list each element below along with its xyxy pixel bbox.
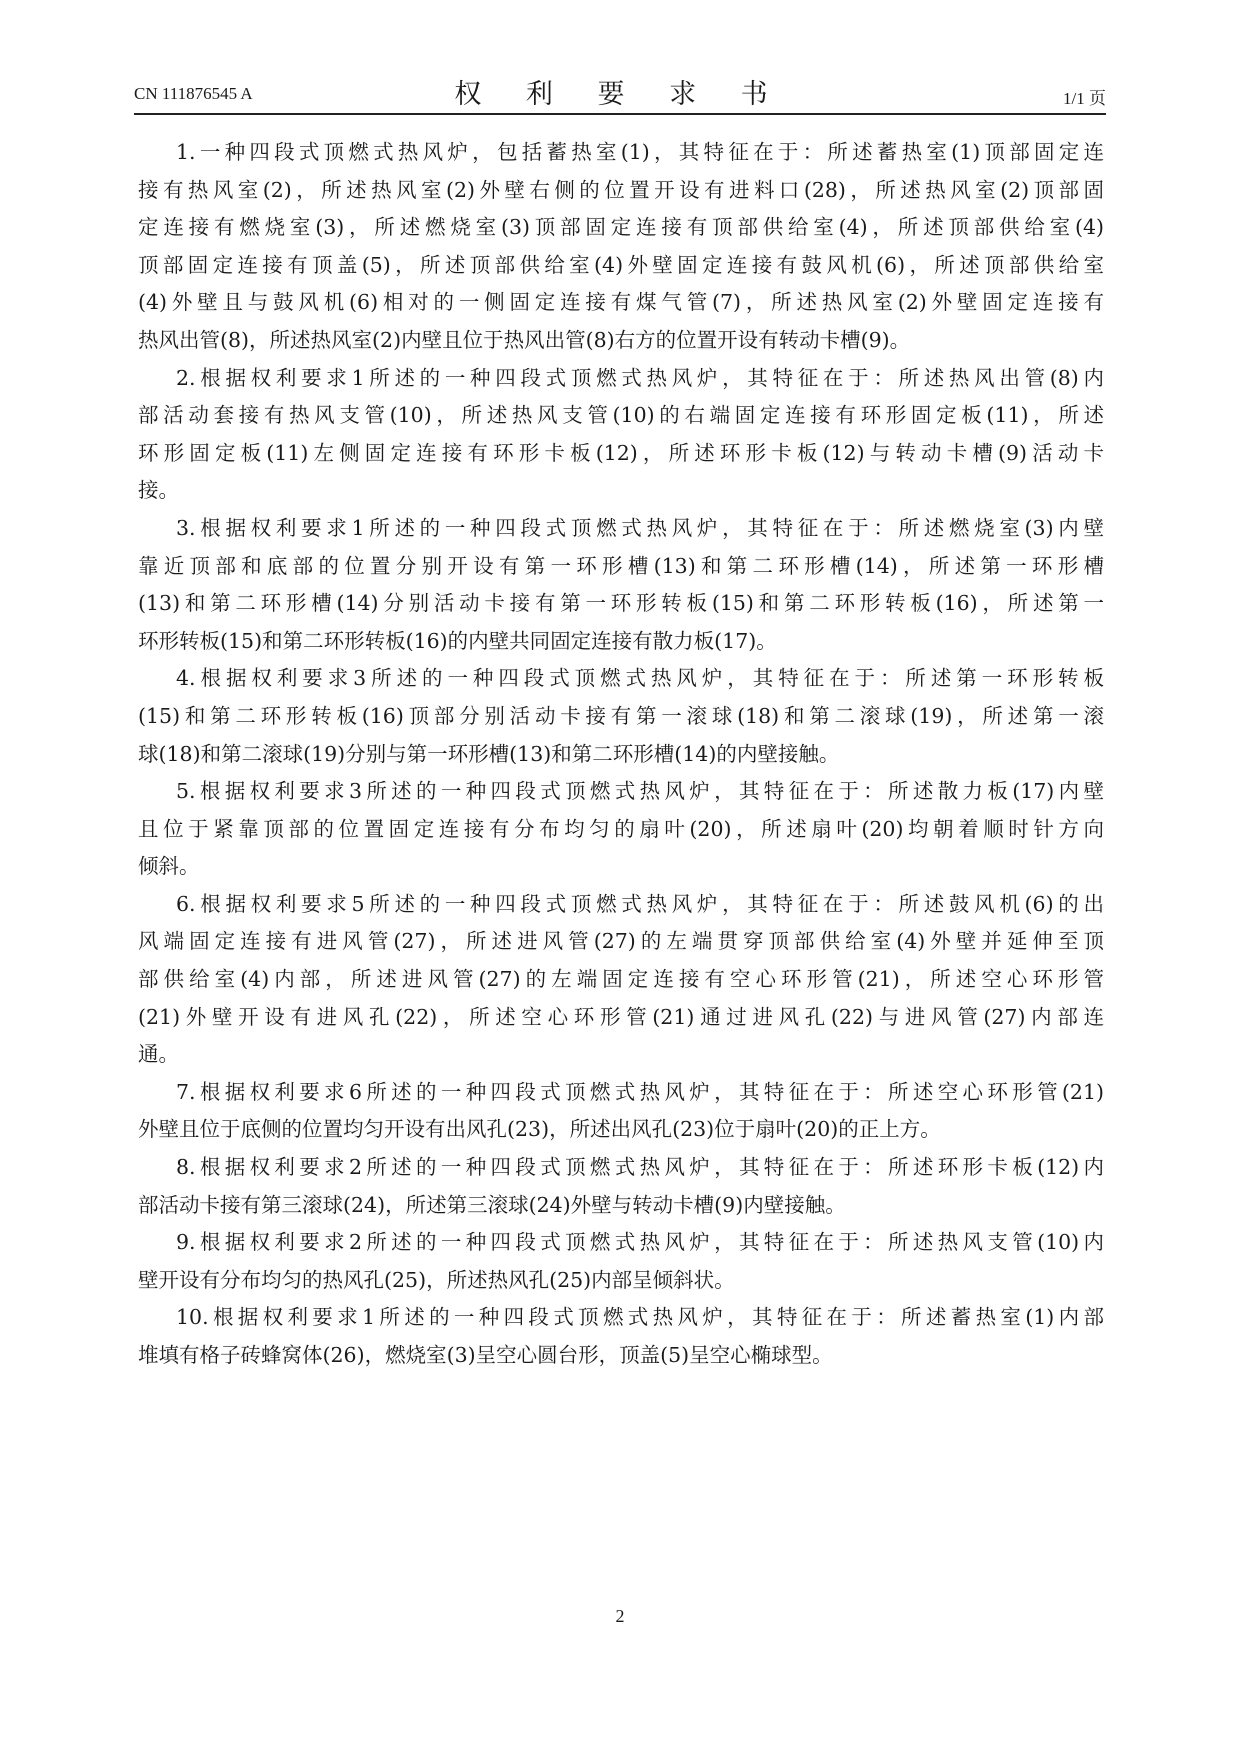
claim-line: 且位于紧靠顶部的位置固定连接有分布均匀的扇叶(20)，所述扇叶(20)均朝着顺时… bbox=[138, 811, 1104, 849]
claim-9: 9.根据权利要求2所述的一种四段式顶燃式热风炉，其特征在于：所述热风支管(10)… bbox=[138, 1224, 1104, 1299]
claim-line: 顶部固定连接有顶盖(5)，所述顶部供给室(4)外壁固定连接有鼓风机(6)，所述顶… bbox=[138, 247, 1104, 285]
claim-8: 8.根据权利要求2所述的一种四段式顶燃式热风炉，其特征在于：所述环形卡板(12)… bbox=[138, 1149, 1104, 1224]
header-rule bbox=[134, 113, 1106, 115]
claim-line: 6.根据权利要求5所述的一种四段式顶燃式热风炉，其特征在于：所述鼓风机(6)的出 bbox=[138, 886, 1104, 924]
claim-4: 4.根据权利要求3所述的一种四段式顶燃式热风炉，其特征在于：所述第一环形转板(1… bbox=[138, 660, 1104, 773]
claim-line: 堆填有格子砖蜂窝体(26)，燃烧室(3)呈空心圆台形，顶盖(5)呈空心椭球型。 bbox=[138, 1337, 1104, 1375]
claims-body: 1.一种四段式顶燃式热风炉，包括蓄热室(1)，其特征在于：所述蓄热室(1)顶部固… bbox=[138, 134, 1104, 1375]
claim-line: 环形固定板(11)左侧固定连接有环形卡板(12)，所述环形卡板(12)与转动卡槽… bbox=[138, 435, 1104, 473]
claim-7: 7.根据权利要求6所述的一种四段式顶燃式热风炉，其特征在于：所述空心环形管(21… bbox=[138, 1074, 1104, 1149]
claim-line: 9.根据权利要求2所述的一种四段式顶燃式热风炉，其特征在于：所述热风支管(10)… bbox=[138, 1224, 1104, 1262]
claim-line: (21)外壁开设有进风孔(22)，所述空心环形管(21)通过进风孔(22)与进风… bbox=[138, 999, 1104, 1037]
claim-line: 部供给室(4)内部，所述进风管(27)的左端固定连接有空心环形管(21)，所述空… bbox=[138, 961, 1104, 999]
claim-line: 5.根据权利要求3所述的一种四段式顶燃式热风炉，其特征在于：所述散力板(17)内… bbox=[138, 773, 1104, 811]
claim-line: 球(18)和第二滚球(19)分别与第一环形槽(13)和第二环形槽(14)的内壁接… bbox=[138, 736, 1104, 774]
claim-line: 靠近顶部和底部的位置分别开设有第一环形槽(13)和第二环形槽(14)，所述第一环… bbox=[138, 548, 1104, 586]
claim-line: (4)外壁且与鼓风机(6)相对的一侧固定连接有煤气管(7)，所述热风室(2)外壁… bbox=[138, 284, 1104, 322]
claim-line: 风端固定连接有进风管(27)，所述进风管(27)的左端贯穿顶部供给室(4)外壁并… bbox=[138, 923, 1104, 961]
page-indicator: 1/1 页 bbox=[1063, 84, 1106, 109]
claim-2: 2.根据权利要求1所述的一种四段式顶燃式热风炉，其特征在于：所述热风出管(8)内… bbox=[138, 360, 1104, 510]
claim-10: 10.根据权利要求1所述的一种四段式顶燃式热风炉，其特征在于：所述蓄热室(1)内… bbox=[138, 1299, 1104, 1374]
page-header: CN 111876545 A 权 利 要 求 书 1/1 页 bbox=[134, 70, 1106, 110]
claim-line: 2.根据权利要求1所述的一种四段式顶燃式热风炉，其特征在于：所述热风出管(8)内 bbox=[138, 360, 1104, 398]
claim-line: 10.根据权利要求1所述的一种四段式顶燃式热风炉，其特征在于：所述蓄热室(1)内… bbox=[138, 1299, 1104, 1337]
claim-line: 部活动卡接有第三滚球(24)，所述第三滚球(24)外壁与转动卡槽(9)内壁接触。 bbox=[138, 1187, 1104, 1225]
document-title: 权 利 要 求 书 bbox=[134, 72, 1106, 111]
claim-6: 6.根据权利要求5所述的一种四段式顶燃式热风炉，其特征在于：所述鼓风机(6)的出… bbox=[138, 886, 1104, 1074]
claim-5: 5.根据权利要求3所述的一种四段式顶燃式热风炉，其特征在于：所述散力板(17)内… bbox=[138, 773, 1104, 886]
claim-line: (13)和第二环形槽(14)分别活动卡接有第一环形转板(15)和第二环形转板(1… bbox=[138, 585, 1104, 623]
claim-line: 倾斜。 bbox=[138, 848, 1104, 886]
claim-line: 7.根据权利要求6所述的一种四段式顶燃式热风炉，其特征在于：所述空心环形管(21… bbox=[138, 1074, 1104, 1112]
claim-line: 接有热风室(2)，所述热风室(2)外壁右侧的位置开设有进料口(28)，所述热风室… bbox=[138, 172, 1104, 210]
claim-3: 3.根据权利要求1所述的一种四段式顶燃式热风炉，其特征在于：所述燃烧室(3)内壁… bbox=[138, 510, 1104, 660]
claim-line: 部活动套接有热风支管(10)，所述热风支管(10)的右端固定连接有环形固定板(1… bbox=[138, 397, 1104, 435]
claim-line: 壁开设有分布均匀的热风孔(25)，所述热风孔(25)内部呈倾斜状。 bbox=[138, 1262, 1104, 1300]
claim-line: (15)和第二环形转板(16)顶部分别活动卡接有第一滚球(18)和第二滚球(19… bbox=[138, 698, 1104, 736]
claim-line: 1.一种四段式顶燃式热风炉，包括蓄热室(1)，其特征在于：所述蓄热室(1)顶部固… bbox=[138, 134, 1104, 172]
claim-line: 外壁且位于底侧的位置均匀开设有出风孔(23)，所述出风孔(23)位于扇叶(20)… bbox=[138, 1111, 1104, 1149]
claim-1: 1.一种四段式顶燃式热风炉，包括蓄热室(1)，其特征在于：所述蓄热室(1)顶部固… bbox=[138, 134, 1104, 360]
claim-line: 环形转板(15)和第二环形转板(16)的内壁共同固定连接有散力板(17)。 bbox=[138, 623, 1104, 661]
claim-line: 热风出管(8)，所述热风室(2)内壁且位于热风出管(8)右方的位置开设有转动卡槽… bbox=[138, 322, 1104, 360]
claim-line: 定连接有燃烧室(3)，所述燃烧室(3)顶部固定连接有顶部供给室(4)，所述顶部供… bbox=[138, 209, 1104, 247]
claim-line: 4.根据权利要求3所述的一种四段式顶燃式热风炉，其特征在于：所述第一环形转板 bbox=[138, 660, 1104, 698]
claim-line: 通。 bbox=[138, 1036, 1104, 1074]
claim-line: 3.根据权利要求1所述的一种四段式顶燃式热风炉，其特征在于：所述燃烧室(3)内壁 bbox=[138, 510, 1104, 548]
claim-line: 8.根据权利要求2所述的一种四段式顶燃式热风炉，其特征在于：所述环形卡板(12)… bbox=[138, 1149, 1104, 1187]
claim-line: 接。 bbox=[138, 472, 1104, 510]
page-number: 2 bbox=[0, 1606, 1240, 1627]
